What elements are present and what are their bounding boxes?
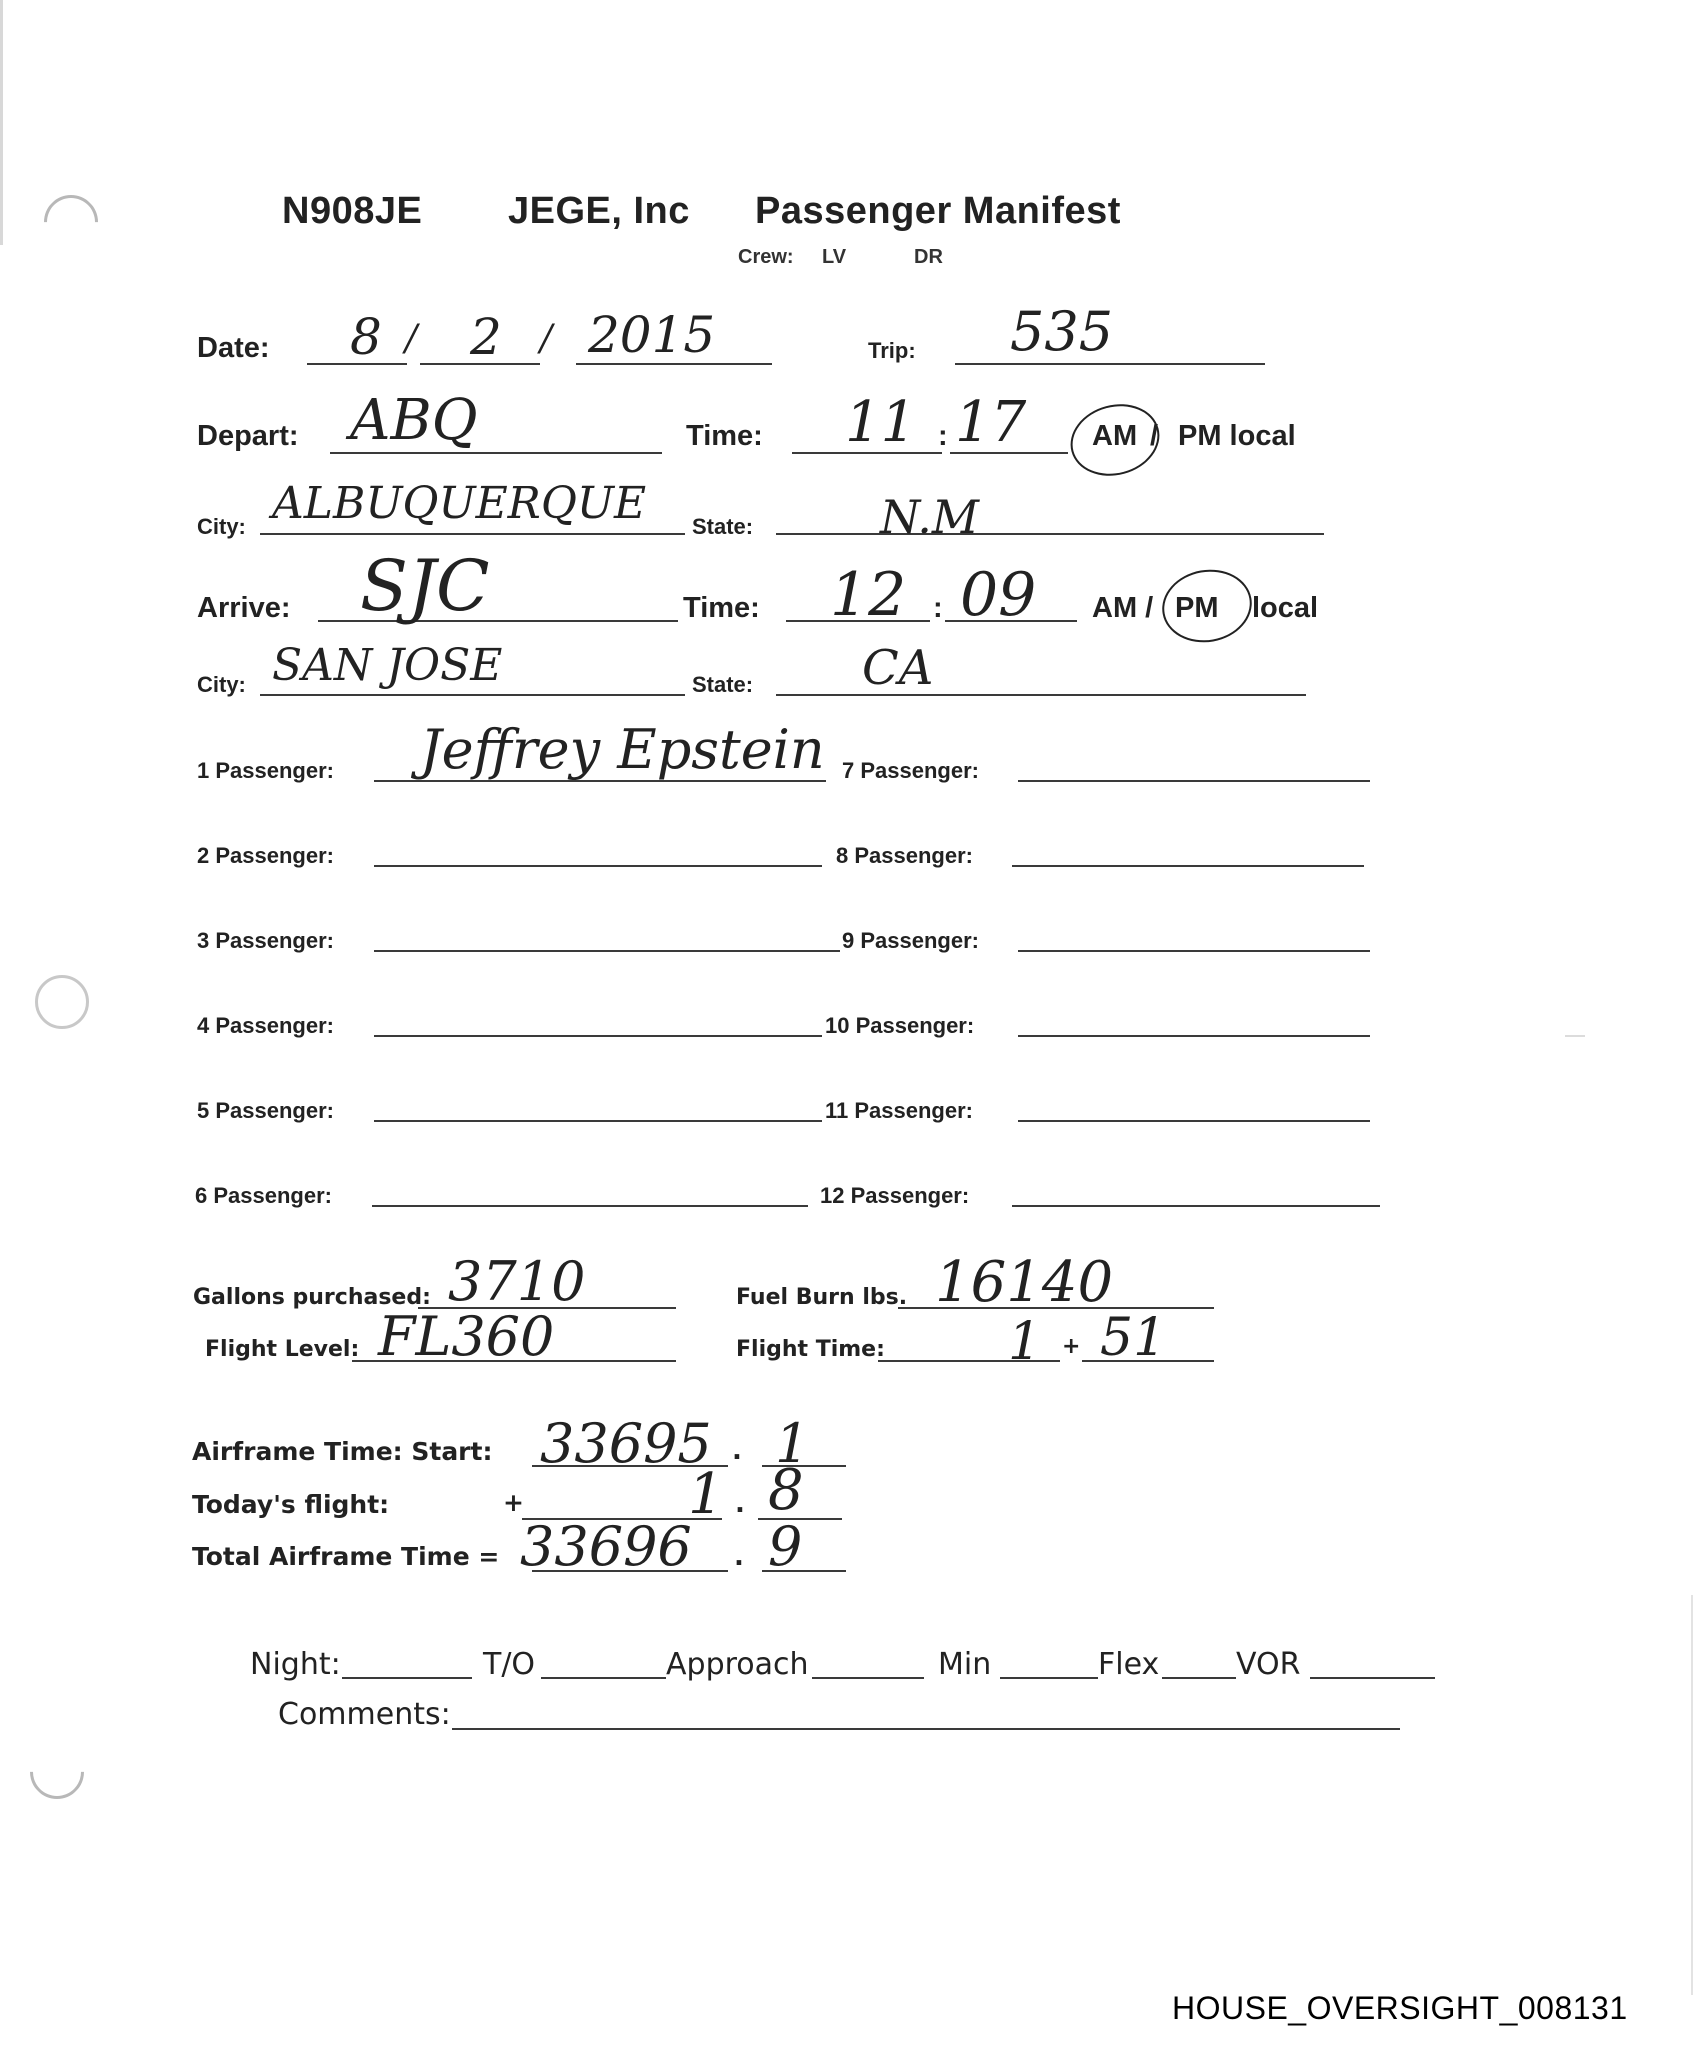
- arrive-city-value: SAN JOSE: [272, 640, 502, 691]
- pm-selected-circle: [1156, 563, 1257, 650]
- passenger-6-field[interactable]: [372, 1205, 808, 1207]
- crew-member-1: LV: [822, 246, 846, 269]
- trip-label: Trip:: [868, 338, 916, 364]
- takeoff-field[interactable]: [541, 1677, 666, 1679]
- flight-level-label: Flight Level:: [205, 1337, 359, 1362]
- approach-label: Approach: [666, 1647, 809, 1682]
- crew-member-2: DR: [914, 246, 943, 269]
- depart-minute-value: 17: [955, 390, 1026, 455]
- hole-punch-icon: [33, 184, 109, 260]
- min-label: Min: [938, 1647, 991, 1682]
- arrive-city-field[interactable]: [260, 694, 685, 696]
- fuel-burn-label: Fuel Burn lbs.: [736, 1285, 907, 1310]
- total-airframe-label: Total Airframe Time =: [192, 1542, 499, 1571]
- date-month-value: 8: [350, 308, 382, 366]
- date-label: Date:: [197, 332, 270, 365]
- passenger-6-label: 6 Passenger:: [195, 1183, 332, 1209]
- plus-sign: +: [503, 1488, 524, 1517]
- passenger-7-label: 7 Passenger:: [842, 758, 979, 784]
- fuel-burn-value: 16140: [935, 1250, 1113, 1315]
- todays-flight-label: Today's flight:: [192, 1490, 389, 1519]
- night-field[interactable]: [342, 1677, 472, 1679]
- flight-time-hours-value: 1: [1008, 1312, 1041, 1372]
- gallons-purchased-value: 3710: [448, 1250, 585, 1313]
- hole-punch-icon: [19, 1734, 95, 1810]
- passenger-8-label: 8 Passenger:: [836, 843, 973, 869]
- trip-number-field[interactable]: [955, 363, 1265, 365]
- pm-local-option[interactable]: PM local: [1178, 420, 1296, 453]
- flex-label: Flex: [1098, 1647, 1159, 1682]
- todays-flight-tenth-value: 8: [768, 1458, 804, 1523]
- depart-state-value: N.M: [880, 490, 979, 544]
- min-field[interactable]: [1000, 1677, 1098, 1679]
- passenger-3-label: 3 Passenger:: [197, 928, 334, 954]
- company-name: JEGE, Inc: [508, 190, 690, 233]
- passenger-3-field[interactable]: [374, 950, 840, 952]
- date-day-value: 2: [470, 308, 502, 366]
- total-airframe-tenth-value: 9: [768, 1515, 802, 1578]
- arrive-minute-value: 09: [960, 560, 1036, 630]
- decimal-point: .: [735, 1489, 745, 1519]
- flex-field[interactable]: [1162, 1677, 1236, 1679]
- date-year-value: 2015: [588, 306, 715, 364]
- comments-label: Comments:: [278, 1697, 451, 1732]
- arrive-hour-value: 12: [830, 560, 906, 630]
- passenger-5-field[interactable]: [374, 1120, 822, 1122]
- passenger-7-field[interactable]: [1018, 780, 1370, 782]
- depart-time-label: Time:: [686, 420, 763, 453]
- airframe-start-label: Airframe Time: Start:: [192, 1437, 492, 1466]
- am-selected-circle: [1062, 395, 1167, 486]
- arrive-state-field[interactable]: [776, 694, 1306, 696]
- passenger-10-label: 10 Passenger:: [825, 1013, 974, 1039]
- am-option[interactable]: AM /: [1092, 592, 1153, 625]
- depart-hour-value: 11: [845, 390, 916, 455]
- depart-city-label: City:: [197, 514, 246, 540]
- hole-punch-icon: [35, 975, 89, 1029]
- depart-airport-value: ABQ: [350, 388, 478, 453]
- passenger-5-label: 5 Passenger:: [197, 1098, 334, 1124]
- arrive-airport-value: SJC: [360, 545, 490, 627]
- passenger-4-field[interactable]: [374, 1035, 822, 1037]
- depart-state-field[interactable]: [776, 533, 1324, 535]
- passenger-2-label: 2 Passenger:: [197, 843, 334, 869]
- depart-label: Depart:: [197, 420, 299, 453]
- decimal-point: .: [734, 1542, 744, 1572]
- arrive-state-label: State:: [692, 672, 753, 698]
- depart-city-field[interactable]: [260, 533, 685, 535]
- scan-edge: [0, 0, 3, 245]
- depart-city-value: ALBUQUERQUE: [272, 478, 646, 529]
- arrive-time-label: Time:: [683, 592, 760, 625]
- tail-number: N908JE: [282, 190, 422, 233]
- takeoff-label: T/O: [483, 1647, 535, 1682]
- bates-number: HOUSE_OVERSIGHT_008131: [1172, 1990, 1628, 2027]
- date-separator: /: [540, 318, 552, 359]
- time-colon: :: [938, 420, 948, 453]
- flight-time-minutes-value: 51: [1100, 1308, 1166, 1368]
- approach-field[interactable]: [812, 1677, 924, 1679]
- vor-label: VOR: [1236, 1647, 1300, 1682]
- passenger-9-field[interactable]: [1018, 950, 1370, 952]
- passenger-2-field[interactable]: [374, 865, 822, 867]
- passenger-12-field[interactable]: [1012, 1205, 1380, 1207]
- passenger-1-name: Jeffrey Epstein: [420, 718, 825, 781]
- comments-field[interactable]: [452, 1728, 1400, 1730]
- passenger-8-field[interactable]: [1012, 865, 1364, 867]
- vor-field[interactable]: [1310, 1677, 1435, 1679]
- passenger-11-field[interactable]: [1018, 1120, 1370, 1122]
- flight-time-plus: +: [1062, 1334, 1080, 1359]
- arrive-label: Arrive:: [197, 592, 291, 625]
- flight-level-value: FL360: [378, 1305, 554, 1368]
- todays-flight-whole-value: 1: [688, 1462, 724, 1527]
- scan-speck: [1565, 1035, 1585, 1037]
- passenger-1-label: 1 Passenger:: [197, 758, 334, 784]
- flight-time-label: Flight Time:: [736, 1337, 885, 1362]
- local-label: local: [1252, 592, 1318, 625]
- total-airframe-whole-value: 33696: [520, 1515, 692, 1578]
- passenger-12-label: 12 Passenger:: [820, 1183, 969, 1209]
- date-separator: /: [405, 318, 417, 359]
- trip-number-value: 535: [1010, 300, 1113, 363]
- arrive-state-value: CA: [862, 640, 933, 696]
- passenger-11-label: 11 Passenger:: [825, 1098, 973, 1124]
- passenger-4-label: 4 Passenger:: [197, 1013, 334, 1039]
- night-label: Night:: [250, 1647, 341, 1682]
- time-colon: :: [933, 592, 943, 625]
- crew-label: Crew:: [738, 246, 794, 269]
- decimal-point: .: [732, 1436, 742, 1466]
- form-title: Passenger Manifest: [755, 190, 1121, 233]
- scan-edge: [1691, 1595, 1693, 1995]
- airframe-start-whole-value: 33695: [540, 1412, 712, 1475]
- passenger-9-label: 9 Passenger:: [842, 928, 979, 954]
- arrive-city-label: City:: [197, 672, 246, 698]
- depart-state-label: State:: [692, 514, 753, 540]
- passenger-10-field[interactable]: [1018, 1035, 1370, 1037]
